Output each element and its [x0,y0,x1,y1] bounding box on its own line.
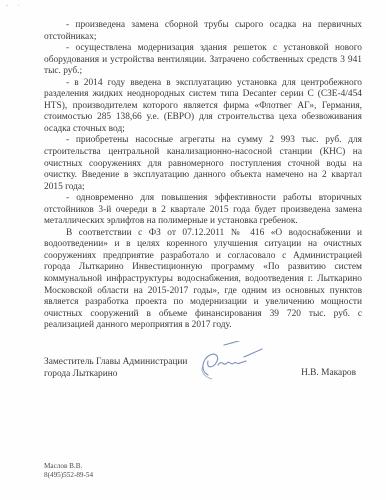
paragraph-grating-modernization: - осуществлена модернизация здания решет… [44,43,362,78]
signatory-title: Заместитель Главы Администрации города Л… [44,357,187,380]
signature-block: Заместитель Главы Администрации города Л… [44,357,362,387]
signatory-name: Н.В. Макаров [301,368,356,380]
paragraph-airlift-replacement: - одновременно для повышения эффективнос… [44,193,362,228]
paragraph-decanter-installation: - в 2014 году введена в эксплуатацию уст… [44,78,362,136]
paragraph-pipe-replacement: - произведена замена сборной трубы сырог… [44,20,362,43]
paragraph-pump-units: - приобретены насосные агрегаты на сумму… [44,135,362,193]
scan-corner-marks: - · [6,3,24,9]
document-body: - произведена замена сборной трубы сырог… [44,20,362,332]
document-page: - · - произведена замена сборной трубы с… [0,0,386,500]
signatory-title-line2: города Лыткарино [44,369,187,381]
contact-phone: 8(495)552-89-54 [44,471,93,480]
contact-info: Маслов В.В. 8(495)552-89-54 [44,462,93,480]
handwritten-signature-icon [194,341,264,381]
signatory-title-line1: Заместитель Главы Администрации [44,357,187,369]
paragraph-investment-program: В соответствии с ФЗ от 07.12.2011 № 416 … [44,228,362,332]
contact-name: Маслов В.В. [44,462,93,471]
